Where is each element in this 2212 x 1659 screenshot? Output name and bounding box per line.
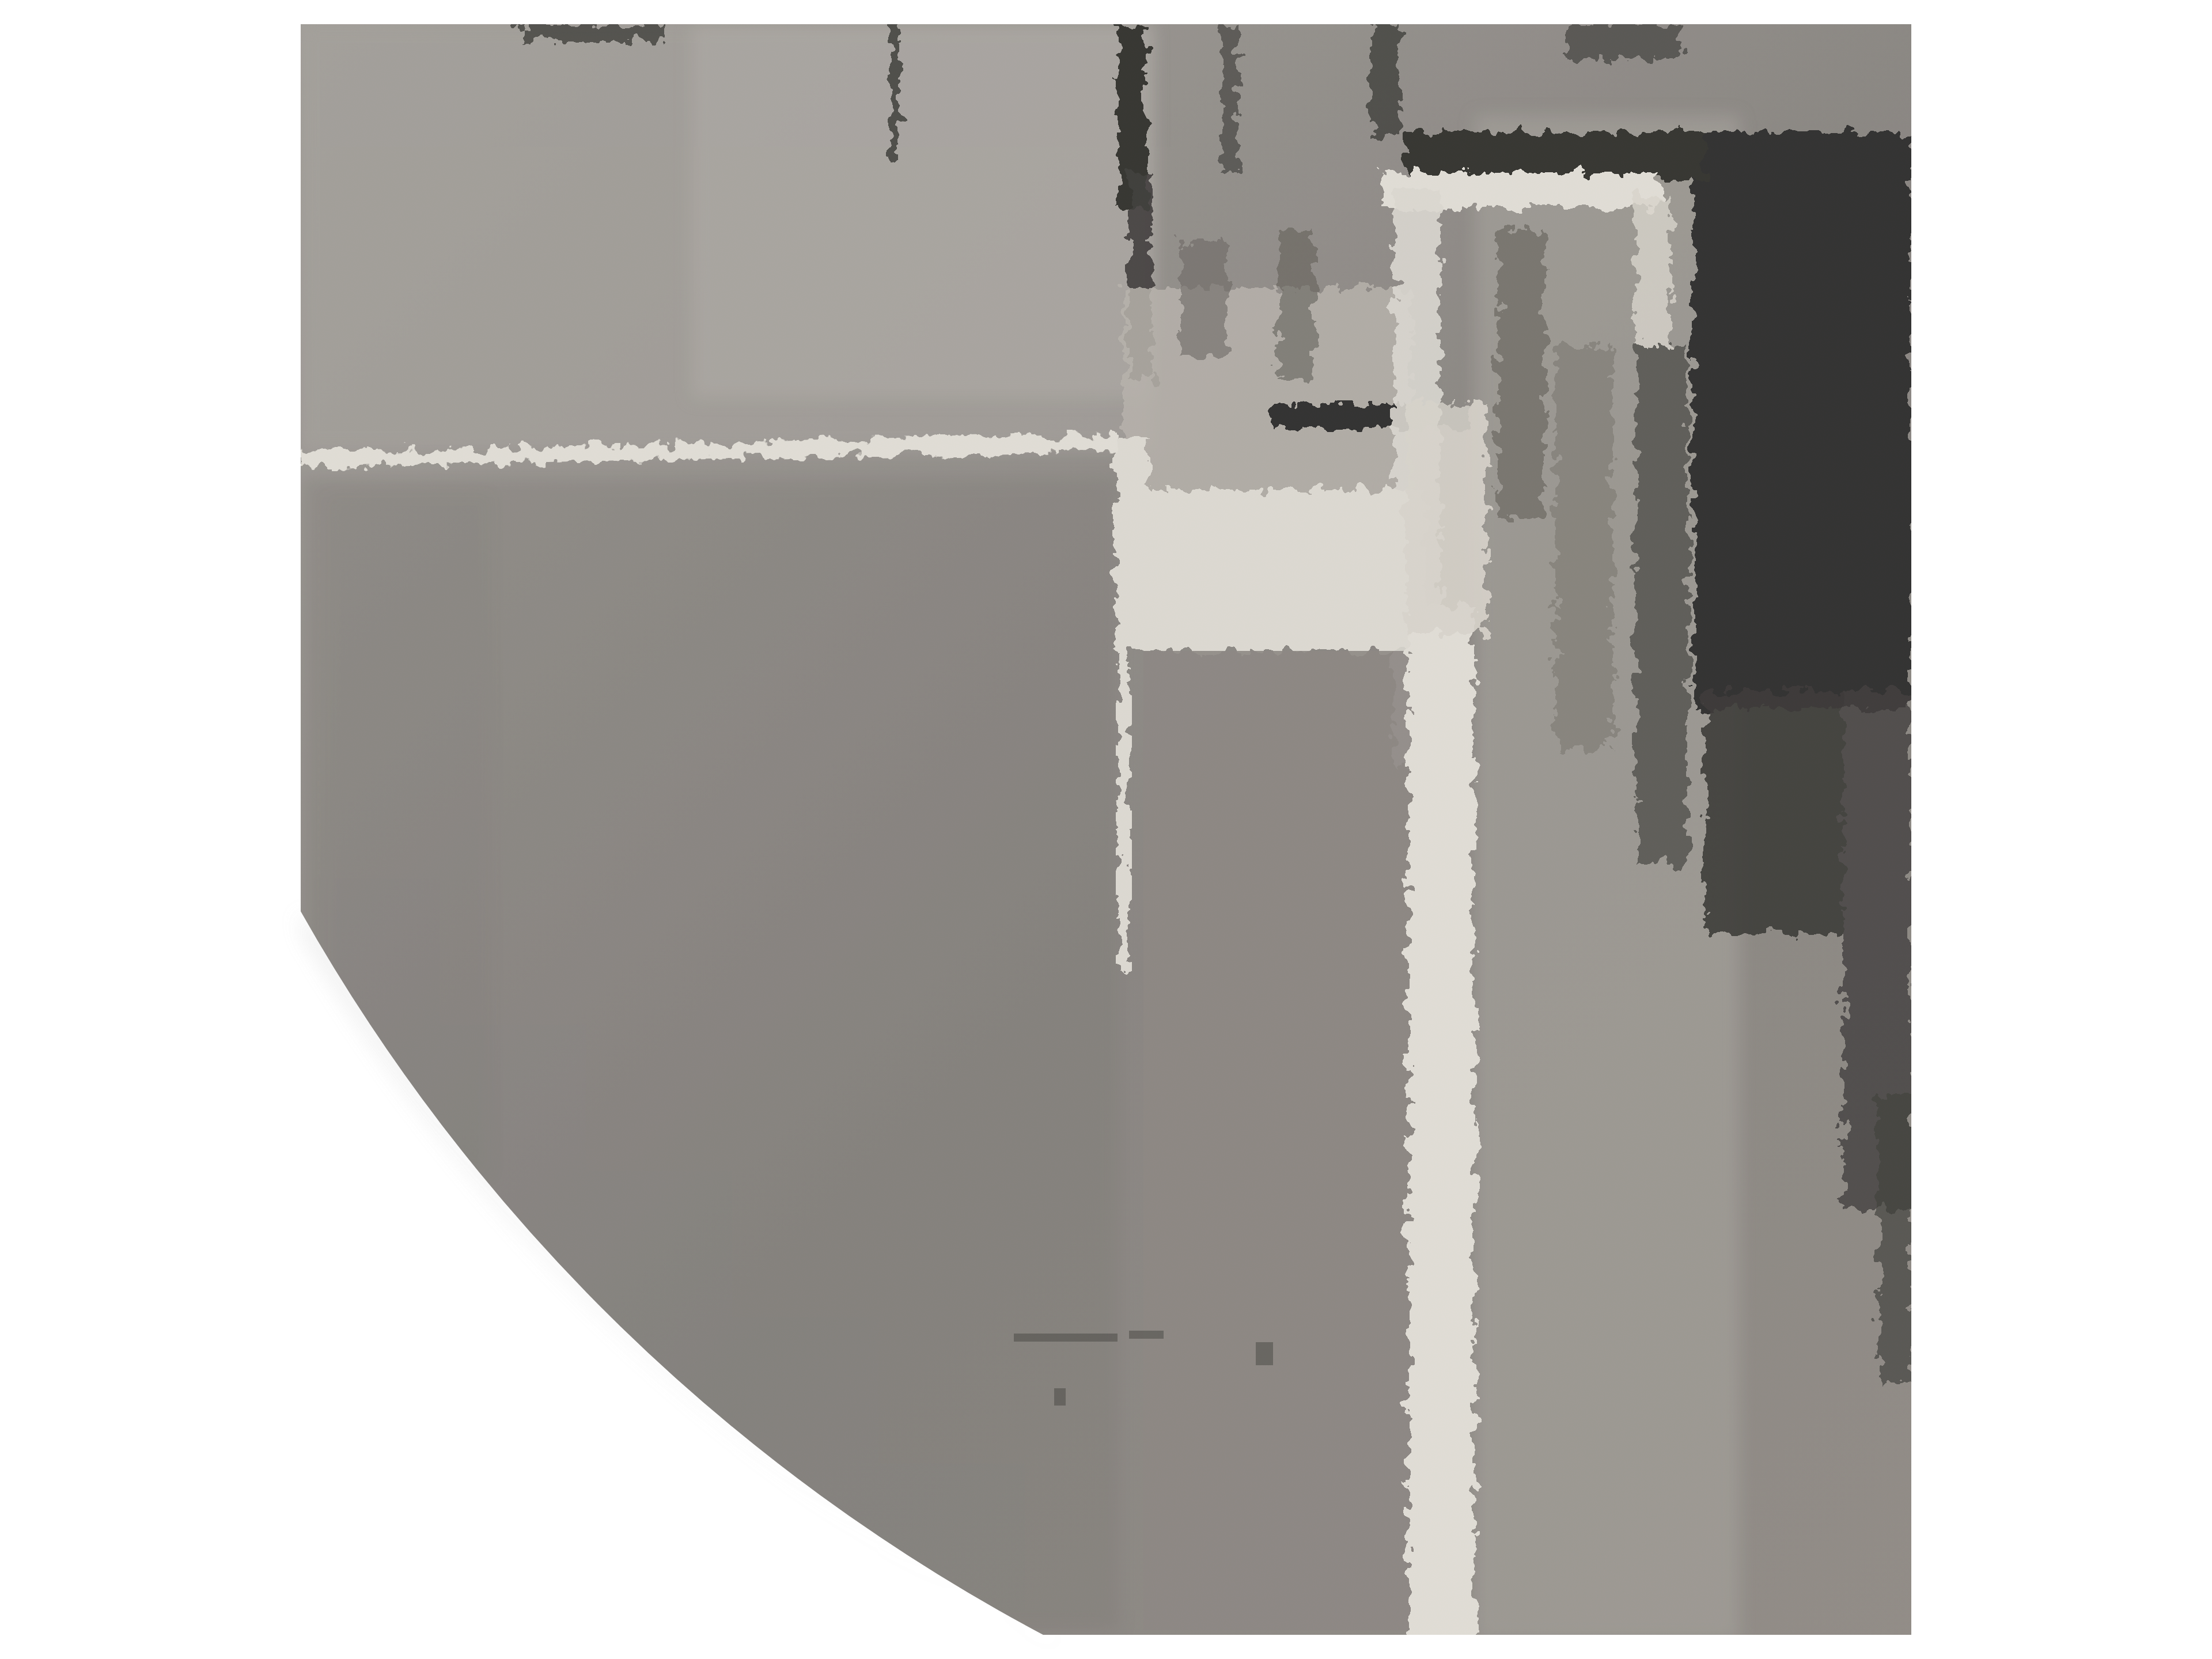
pile-texture <box>288 17 1924 1647</box>
rug <box>288 17 1924 1647</box>
rug-photo <box>0 0 2212 1659</box>
